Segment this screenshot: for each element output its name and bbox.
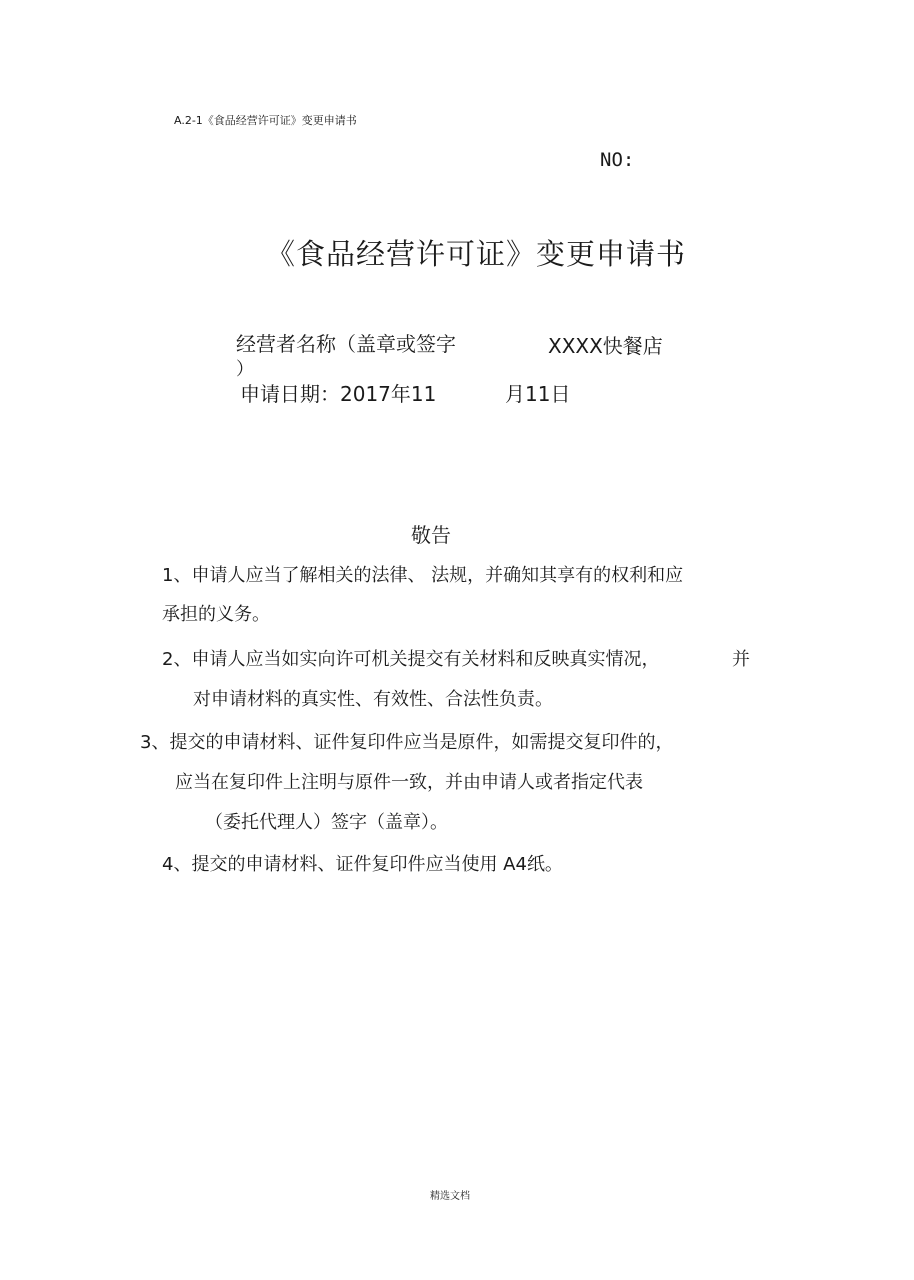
notice-line: 1、申请人应当了解相关的法律、 法规，并确知其享有的权利和应 bbox=[162, 561, 683, 587]
page-footer: 精选文档 bbox=[430, 1187, 470, 1202]
notice-line: 对申请材料的真实性、有效性、合法性负责。 bbox=[193, 685, 553, 711]
notice-line: 承担的义务。 bbox=[162, 600, 270, 626]
notice-line: 应当在复印件上注明与原件一致，并由申请人或者指定代表 bbox=[175, 768, 643, 794]
operator-name-label: 经营者名称（盖章或签字 bbox=[236, 328, 456, 357]
notice-line: 4、提交的申请材料、证件复印件应当使用 A4纸。 bbox=[162, 850, 563, 876]
application-date-label: 申请日期：2017年11 bbox=[240, 378, 436, 407]
form-code: A.2-1《食品经营许可证》变更申请书 bbox=[174, 112, 357, 128]
notice-line: （委托代理人）签字（盖章）。 bbox=[205, 808, 448, 834]
document-number-label: NO: bbox=[600, 149, 634, 171]
notice-line: 2、申请人应当如实向许可机关提交有关材料和反映真实情况， bbox=[162, 645, 659, 671]
page-title: 《食品经营许可证》变更申请书 bbox=[266, 232, 686, 273]
application-date-rest: 月11日 bbox=[505, 378, 570, 407]
notice-line: 并 bbox=[732, 645, 750, 671]
notice-line: 3、提交的申请材料、证件复印件应当是原件，如需提交复印件的， bbox=[140, 728, 673, 754]
operator-name-value: XXXX快餐店 bbox=[548, 330, 663, 359]
notice-heading: 敬告 bbox=[411, 519, 451, 548]
